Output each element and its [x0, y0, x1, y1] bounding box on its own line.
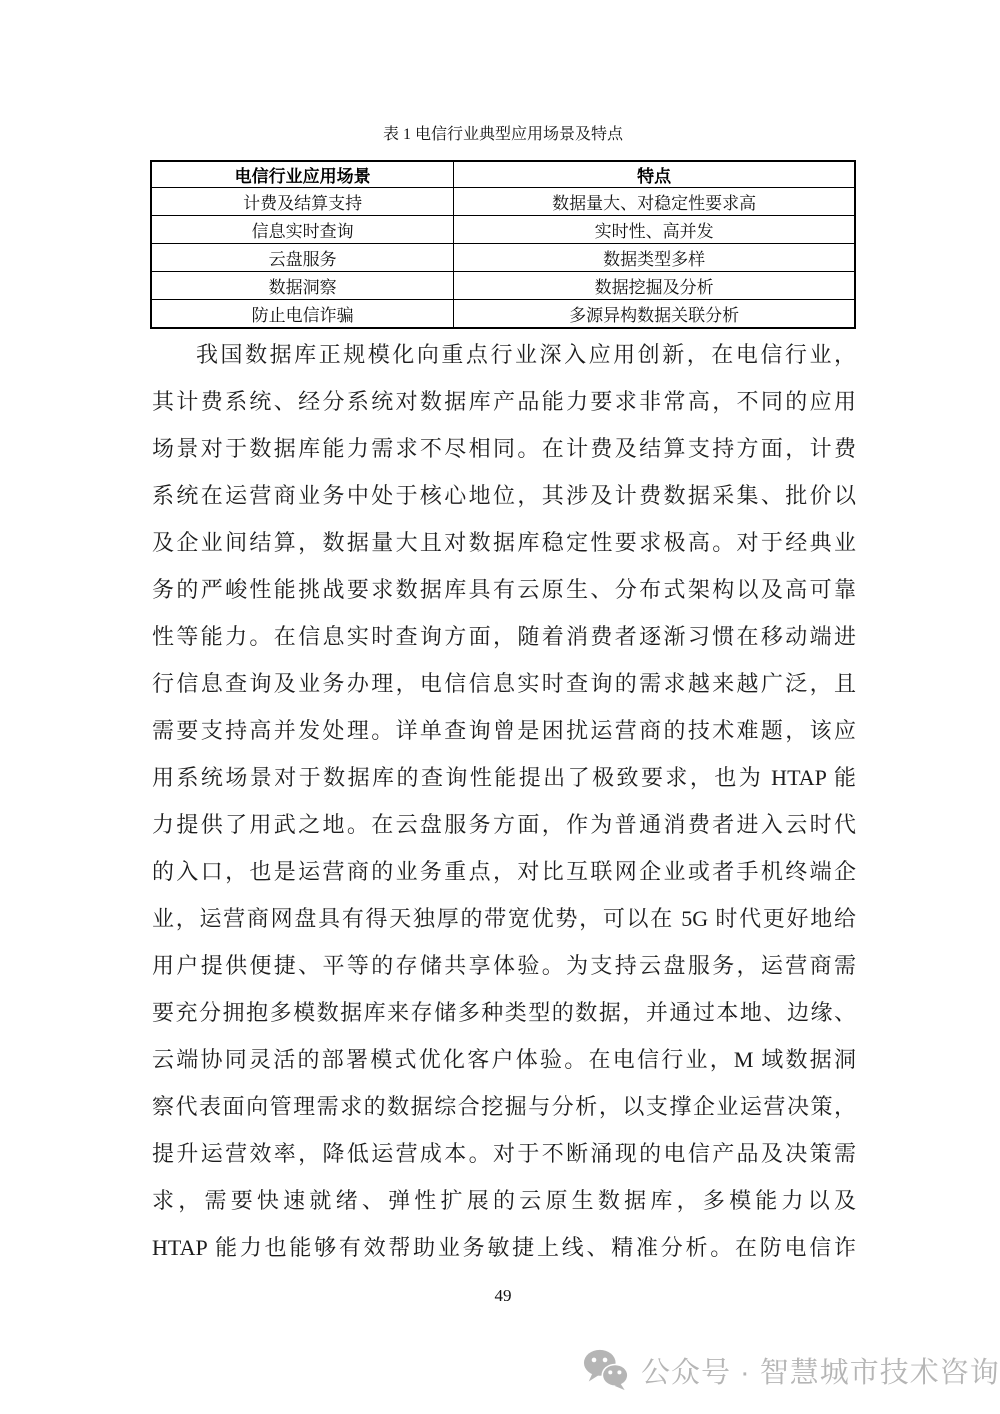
paragraph-line: 需要支持高并发处理。详单查询曾是困扰运营商的技术难题，该应	[152, 707, 856, 754]
paragraph-line: 用系统场景对于数据库的查询性能提出了极致要求，也为 HTAP 能	[152, 754, 856, 801]
table-row: 信息实时查询 实时性、高并发	[151, 216, 855, 244]
scene-cell: 防止电信诈骗	[151, 300, 454, 329]
table-header-row: 电信行业应用场景 特点	[151, 161, 855, 188]
feature-cell: 数据类型多样	[454, 244, 855, 272]
paragraph-line: 行信息查询及业务办理，电信信息实时查询的需求越来越广泛，且	[152, 660, 856, 707]
paragraph-line: 我国数据库正规模化向重点行业深入应用创新，在电信行业，	[152, 331, 856, 378]
feature-cell: 数据挖掘及分析	[454, 272, 855, 300]
column-header-scene: 电信行业应用场景	[151, 161, 454, 188]
page-number: 49	[150, 1286, 856, 1306]
paragraph-line: 务的严峻性能挑战要求数据库具有云原生、分布式架构以及高可靠	[152, 566, 856, 613]
paragraph-line: 察代表面向管理需求的数据综合挖掘与分析，以支撑企业运营决策，	[152, 1083, 856, 1130]
document-page: 表 1 电信行业典型应用场景及特点 电信行业应用场景 特点 计费及结算支持 数据…	[0, 0, 1000, 1414]
body-paragraph: 我国数据库正规模化向重点行业深入应用创新，在电信行业， 其计费系统、经分系统对数…	[152, 331, 856, 1271]
paragraph-line: 及企业间结算，数据量大且对数据库稳定性要求极高。对于经典业	[152, 519, 856, 566]
paragraph-line: 其计费系统、经分系统对数据库产品能力要求非常高，不同的应用	[152, 378, 856, 425]
paragraph-line: 用户提供便捷、平等的存储共享体验。为支持云盘服务，运营商需	[152, 942, 856, 989]
watermark-text: 公众号 · 智慧城市技术咨询	[641, 1350, 1000, 1391]
scene-cell: 云盘服务	[151, 244, 454, 272]
table-caption: 表 1 电信行业典型应用场景及特点	[150, 122, 856, 148]
paragraph-line: 要充分拥抱多模数据库来存储多种类型的数据，并通过本地、边缘、	[152, 989, 856, 1036]
feature-cell: 实时性、高并发	[454, 216, 855, 244]
paragraph-line: 云端协同灵活的部署模式优化客户体验。在电信行业，M 域数据洞	[152, 1036, 856, 1083]
paragraph-line: 求，需要快速就绪、弹性扩展的云原生数据库，多模能力以及	[152, 1177, 856, 1224]
column-header-feature: 特点	[454, 161, 855, 188]
paragraph-line: 场景对于数据库能力需求不尽相同。在计费及结算支持方面，计费	[152, 425, 856, 472]
paragraph-line: 提升运营效率，降低运营成本。对于不断涌现的电信产品及决策需	[152, 1130, 856, 1177]
paragraph-line: 系统在运营商业务中处于核心地位，其涉及计费数据采集、批价以	[152, 472, 856, 519]
scene-cell: 信息实时查询	[151, 216, 454, 244]
feature-cell: 多源异构数据关联分析	[454, 300, 855, 329]
scene-cell: 数据洞察	[151, 272, 454, 300]
wechat-icon	[583, 1348, 629, 1392]
paragraph-line: 的入口，也是运营商的业务重点，对比互联网企业或者手机终端企	[152, 848, 856, 895]
paragraph-line: HTAP 能力也能够有效帮助业务敏捷上线、精准分析。在防电信诈	[152, 1224, 856, 1271]
scenarios-table: 电信行业应用场景 特点 计费及结算支持 数据量大、对稳定性要求高 信息实时查询 …	[150, 160, 856, 329]
scene-cell: 计费及结算支持	[151, 188, 454, 216]
table-row: 数据洞察 数据挖掘及分析	[151, 272, 855, 300]
table-row: 防止电信诈骗 多源异构数据关联分析	[151, 300, 855, 329]
paragraph-line: 性等能力。在信息实时查询方面，随着消费者逐渐习惯在移动端进	[152, 613, 856, 660]
table-row: 计费及结算支持 数据量大、对稳定性要求高	[151, 188, 855, 216]
paragraph-line: 力提供了用武之地。在云盘服务方面，作为普通消费者进入云时代	[152, 801, 856, 848]
watermark: 公众号 · 智慧城市技术咨询	[583, 1348, 1000, 1392]
table-row: 云盘服务 数据类型多样	[151, 244, 855, 272]
feature-cell: 数据量大、对稳定性要求高	[454, 188, 855, 216]
paragraph-line: 业，运营商网盘具有得天独厚的带宽优势，可以在 5G 时代更好地给	[152, 895, 856, 942]
